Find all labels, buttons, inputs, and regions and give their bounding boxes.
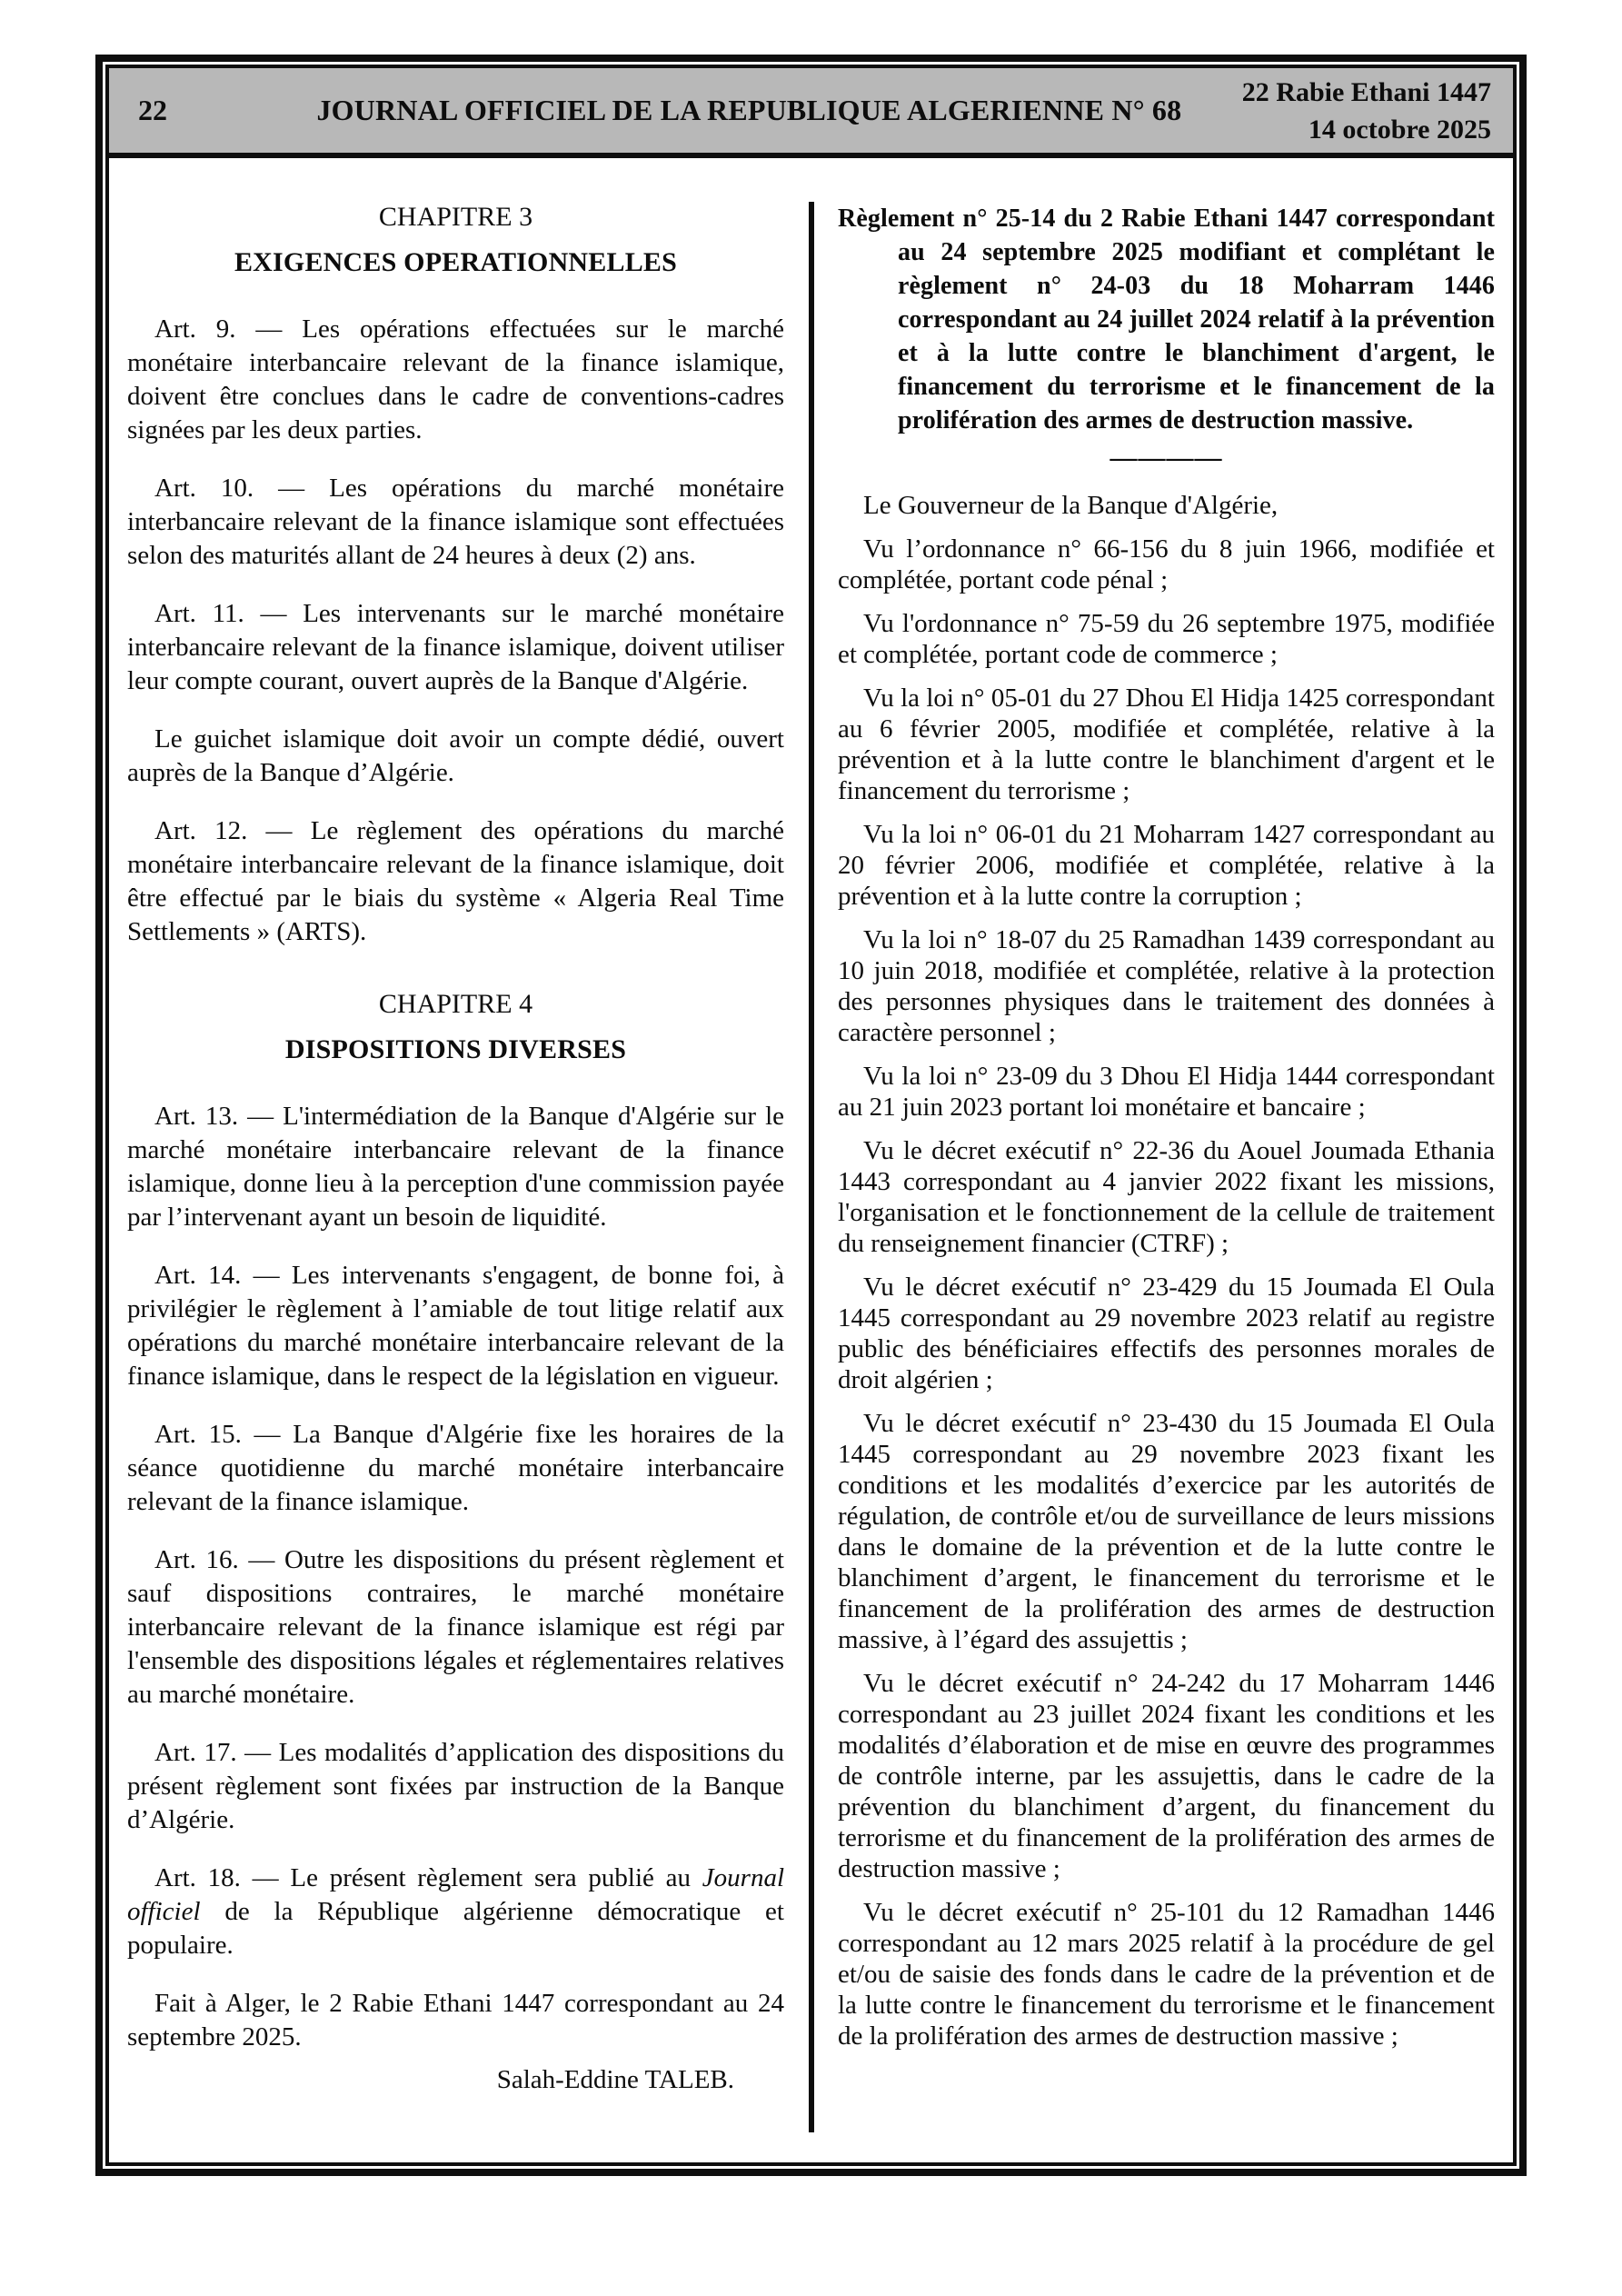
article-18-prefix: Art. 18. — Le présent règlement sera pub… (154, 1863, 702, 1892)
visa-paragraph-11: Vu le décret exécutif n° 25-101 du 12 Ra… (838, 1897, 1495, 2051)
chapter-4-label: CHAPITRE 4 (127, 989, 784, 1020)
visa-paragraph-5: Vu la loi n° 18-07 du 25 Ramadhan 1439 c… (838, 924, 1495, 1048)
header-band: 22 JOURNAL OFFICIEL DE LA REPUBLIQUE ALG… (109, 68, 1513, 158)
signature: Salah-Eddine TALEB. (127, 2065, 784, 2095)
visa-paragraph-7: Vu le décret exécutif n° 22-36 du Aouel … (838, 1135, 1495, 1259)
article-15-paragraph: Art. 15. — La Banque d'Algérie fixe les … (127, 1418, 784, 1519)
chapter-3-title: EXIGENCES OPERATIONNELLES (127, 247, 784, 278)
article-11-paragraph: Art. 11. — Les intervenants sur le march… (127, 597, 784, 698)
chapter-3-label: CHAPITRE 3 (127, 202, 784, 233)
article-18-paragraph: Art. 18. — Le présent règlement sera pub… (127, 1862, 784, 1962)
page-frame: 22 JOURNAL OFFICIEL DE LA REPUBLIQUE ALG… (95, 55, 1527, 2176)
issue-dates: 22 Rabie Ethani 1447 14 octobre 2025 (1242, 74, 1491, 148)
article-18-suffix: de la République algérienne démocratique… (127, 1897, 784, 1960)
column-divider (809, 202, 814, 2132)
article-14-paragraph: Art. 14. — Les intervenants s'engagent, … (127, 1259, 784, 1393)
left-column: CHAPITRE 3 EXIGENCES OPERATIONNELLES Art… (127, 158, 784, 2162)
article-12-paragraph: Art. 12. — Le règlement des opérations d… (127, 814, 784, 949)
chapter-4-title: DISPOSITIONS DIVERSES (127, 1034, 784, 1065)
article-17-paragraph: Art. 17. — Les modalités d’application d… (127, 1736, 784, 1837)
page-inner-frame: 22 JOURNAL OFFICIEL DE LA REPUBLIQUE ALG… (105, 65, 1517, 2166)
visa-paragraph-10: Vu le décret exécutif n° 24-242 du 17 Mo… (838, 1668, 1495, 1884)
closing-line: Fait à Alger, le 2 Rabie Ethani 1447 cor… (127, 1987, 784, 2054)
visa-paragraph-8: Vu le décret exécutif n° 23-429 du 15 Jo… (838, 1272, 1495, 1395)
visa-paragraph-2: Vu l'ordonnance n° 75-59 du 26 septembre… (838, 608, 1495, 670)
regulation-title: Règlement n° 25-14 du 2 Rabie Ethani 144… (838, 202, 1495, 437)
visa-paragraph-9: Vu le décret exécutif n° 23-430 du 15 Jo… (838, 1408, 1495, 1655)
visa-paragraph-6: Vu la loi n° 23-09 du 3 Dhou El Hidja 14… (838, 1061, 1495, 1123)
visa-paragraph-3: Vu la loi n° 05-01 du 27 Dhou El Hidja 1… (838, 683, 1495, 806)
visa-paragraph-4: Vu la loi n° 06-01 du 21 Moharram 1427 c… (838, 819, 1495, 912)
preamble-intro: Le Gouverneur de la Banque d'Algérie, (838, 490, 1495, 521)
issue-date-gregorian: 14 octobre 2025 (1242, 111, 1491, 148)
dash-separator: ———— (838, 443, 1495, 474)
article-9-paragraph: Art. 9. — Les opérations effectuées sur … (127, 313, 784, 447)
journal-title: JOURNAL OFFICIEL DE LA REPUBLIQUE ALGERI… (256, 94, 1242, 127)
article-16-paragraph: Art. 16. — Outre les dispositions du pré… (127, 1543, 784, 1712)
issue-date-hijri: 22 Rabie Ethani 1447 (1242, 74, 1491, 111)
journal-page: { "colors": { "band_gray": "#b8b8b8", "b… (0, 0, 1622, 2296)
article-10-paragraph: Art. 10. — Les opérations du marché moné… (127, 472, 784, 573)
visa-paragraph-1: Vu l’ordonnance n° 66-156 du 8 juin 1966… (838, 534, 1495, 595)
article-13-paragraph: Art. 13. — L'intermédiation de la Banque… (127, 1100, 784, 1234)
page-content: CHAPITRE 3 EXIGENCES OPERATIONNELLES Art… (109, 158, 1513, 2162)
right-column: Règlement n° 25-14 du 2 Rabie Ethani 144… (838, 158, 1495, 2162)
article-11-guichet-paragraph: Le guichet islamique doit avoir un compt… (127, 723, 784, 790)
page-number: 22 (138, 94, 256, 127)
